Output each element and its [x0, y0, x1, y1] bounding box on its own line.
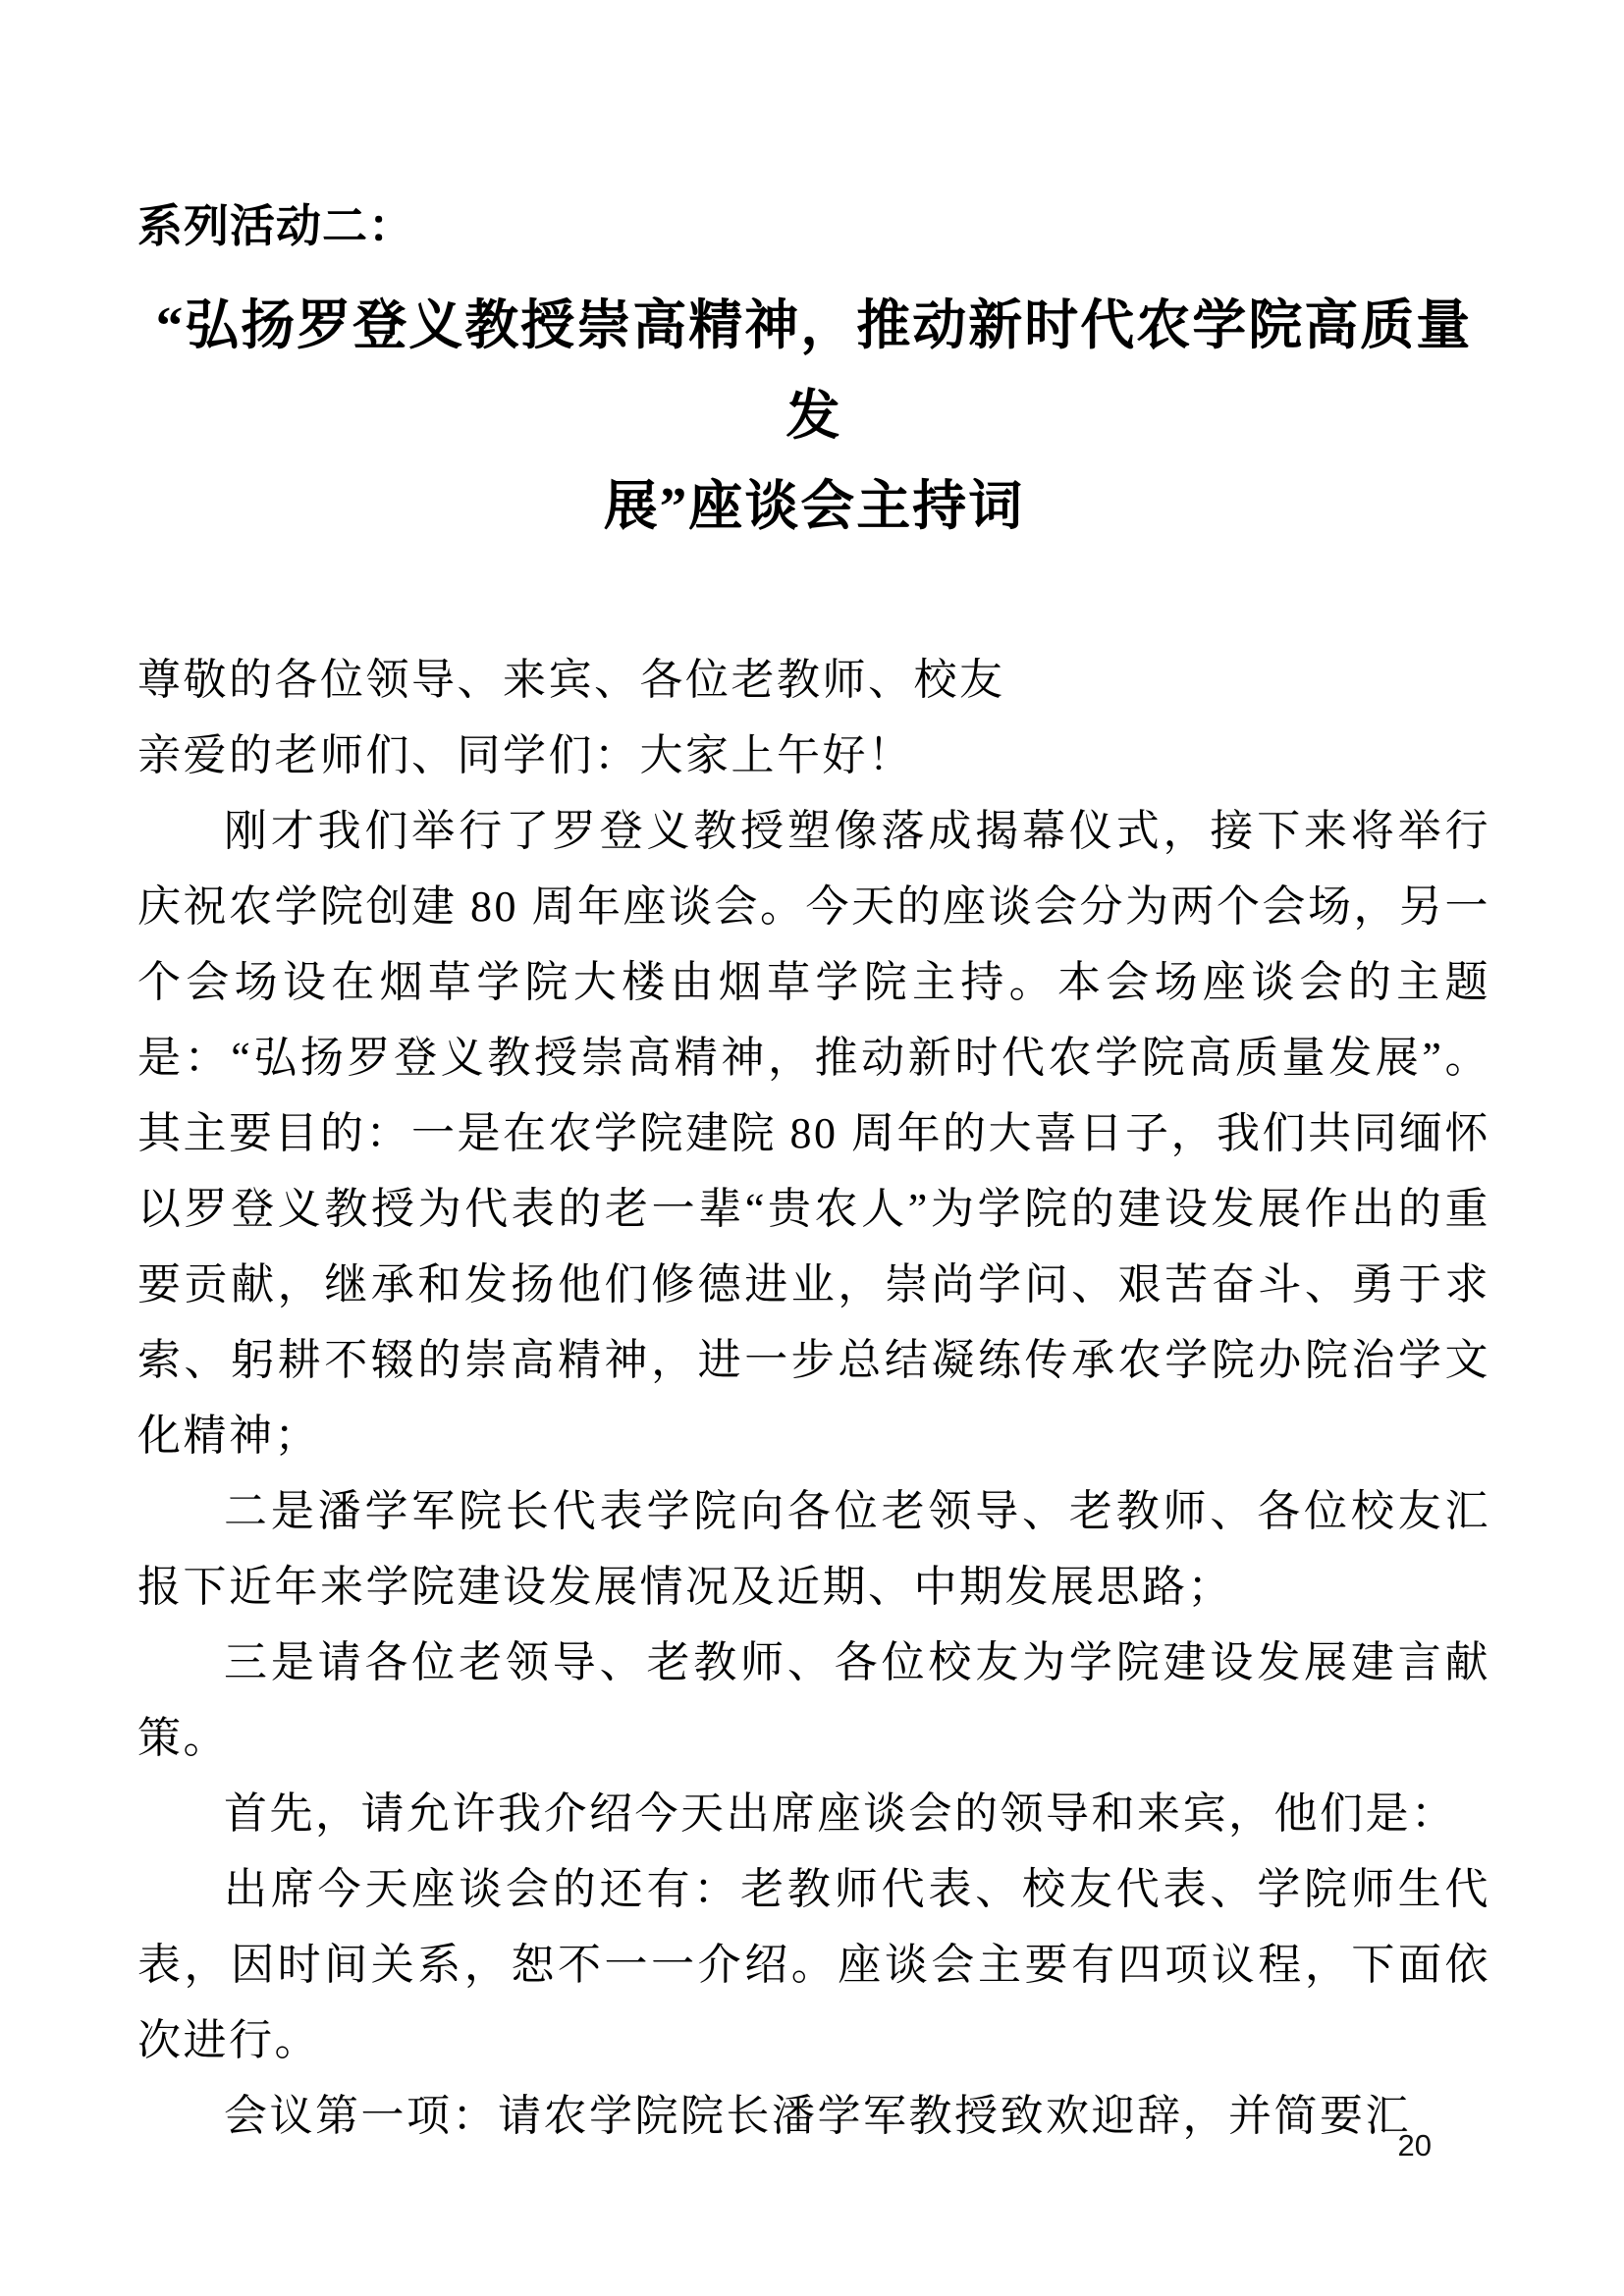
body-paragraph: 出席今天座谈会的还有：老教师代表、校友代表、学院师生代表，因时间关系，恕不一一介…	[137, 1851, 1490, 2078]
body-paragraph: 会议第一项：请农学院院长潘学军教授致欢迎辞，并简要汇	[137, 2078, 1490, 2154]
page-number: 20	[1398, 2128, 1432, 2163]
body-paragraph: 首先，请允许我介绍今天出席座谈会的领导和来宾，他们是：	[137, 1776, 1490, 1851]
document-title-line-2: 展”座谈会主持词	[137, 461, 1490, 552]
document-title-line-1: “弘扬罗登义教授崇高精神，推动新时代农学院高质量发	[137, 281, 1490, 461]
document-content: 系列活动二： “弘扬罗登义教授崇高精神，推动新时代农学院高质量发 展”座谈会主持…	[137, 201, 1490, 2154]
body-paragraph: 二是潘学军院长代表学院向各位老领导、老教师、各位校友汇报下近年来学院建设发展情况…	[137, 1473, 1490, 1625]
body-paragraph: 刚才我们举行了罗登义教授塑像落成揭幕仪式，接下来将举行庆祝农学院创建 80 周年…	[137, 793, 1490, 1473]
document-page: 系列活动二： “弘扬罗登义教授崇高精神，推动新时代农学院高质量发 展”座谈会主持…	[0, 0, 1624, 2296]
body-paragraph: 亲爱的老师们、同学们：大家上午好！	[137, 718, 1490, 793]
document-title: “弘扬罗登义教授崇高精神，推动新时代农学院高质量发 展”座谈会主持词	[137, 281, 1490, 552]
body-paragraph: 三是请各位老领导、老教师、各位校友为学院建设发展建言献策。	[137, 1625, 1490, 1776]
body-paragraph: 尊敬的各位领导、来宾、各位老教师、校友	[137, 642, 1490, 718]
section-label: 系列活动二：	[137, 201, 1490, 253]
document-body: 尊敬的各位领导、来宾、各位老教师、校友 亲爱的老师们、同学们：大家上午好！ 刚才…	[137, 642, 1490, 2154]
